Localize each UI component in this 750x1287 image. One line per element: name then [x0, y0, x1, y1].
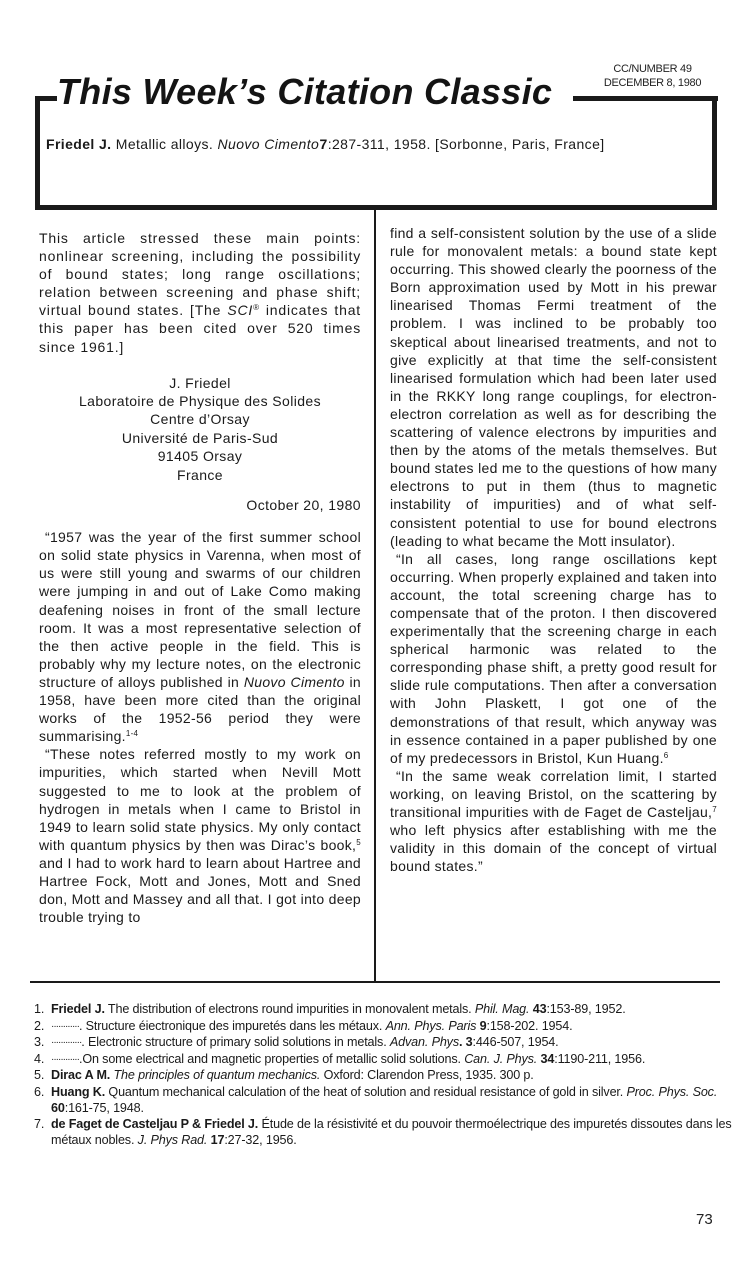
- ref-author: Huang K.: [51, 1085, 105, 1099]
- footnote-ref: 1-4: [126, 729, 138, 738]
- address-line: Laboratoire de Physique des Solides: [39, 392, 361, 410]
- paragraph: “These notes referred mostly to my work …: [39, 745, 361, 926]
- citation-volume: 7: [320, 136, 328, 152]
- ref-journal: J. Phys Rad.: [138, 1133, 208, 1147]
- issue-meta: CC/NUMBER 49 DECEMBER 8, 1980: [590, 62, 715, 90]
- reference-item: 6. Huang K. Quantum mechanical calculati…: [34, 1085, 734, 1116]
- ref-journal: Ann. Phys. Paris: [386, 1019, 477, 1033]
- frame-left-rule: [35, 96, 40, 210]
- address-line: 91405 Orsay: [39, 447, 361, 465]
- author-address: J. Friedel Laboratoire de Physique des S…: [39, 374, 361, 484]
- paragraph: “In the same weak correlation limit, I s…: [390, 767, 717, 876]
- references-list: 1. Friedel J. The distribution of electr…: [34, 1002, 734, 1149]
- paragraph: “In all cases, long range oscillations k…: [390, 550, 717, 767]
- ref-journal: Phil. Mag.: [475, 1002, 530, 1016]
- address-line: J. Friedel: [39, 374, 361, 392]
- ref-journal: Can. J. Phys.: [464, 1052, 537, 1066]
- citation-title: Metallic alloys.: [116, 136, 213, 152]
- page-number: 73: [696, 1211, 713, 1228]
- issue-number: CC/NUMBER 49: [590, 62, 715, 76]
- ref-book-title: The principles of quantum mechanics.: [110, 1068, 320, 1082]
- reference-item: 5. Dirac A M. The principles of quantum …: [34, 1068, 734, 1084]
- paragraph-continued: find a self-consistent solution by the u…: [390, 224, 717, 550]
- right-column: find a self-consistent solution by the u…: [390, 224, 717, 875]
- commentary-left: “1957 was the year of the first summer s…: [39, 528, 361, 926]
- journal-name: Nuovo Cimento: [244, 674, 345, 690]
- address-line: Université de Paris-Sud: [39, 429, 361, 447]
- ref-journal: Proc. Phys. Soc.: [626, 1085, 717, 1099]
- column-divider: [374, 210, 376, 982]
- frame-bottom-rule: [35, 205, 717, 210]
- ref-author: de Faget de Casteljau P & Friedel J.: [51, 1117, 258, 1131]
- footnote-ref: 5: [356, 838, 361, 847]
- citation-line: Friedel J. Metallic alloys. Nuovo Ciment…: [46, 135, 605, 153]
- ditto-dots: ·············: [51, 1037, 81, 1048]
- reference-item: 4. ············.On some electrical and m…: [34, 1052, 734, 1068]
- address-line: Centre d’Orsay: [39, 410, 361, 428]
- sci-label: SCI: [227, 302, 253, 318]
- reference-item: 3. ·············. Electronic structure o…: [34, 1035, 734, 1051]
- letter-date: October 20, 1980: [39, 496, 361, 514]
- masthead-title: This Week’s Citation Classic: [57, 70, 552, 114]
- references-separator: [30, 981, 720, 983]
- ditto-dots: ············: [51, 1021, 79, 1032]
- ref-author: Dirac A M.: [51, 1068, 110, 1082]
- address-line: France: [39, 466, 361, 484]
- frame-top-right-rule: [573, 96, 718, 101]
- reference-item: 7. de Faget de Casteljau P & Friedel J. …: [34, 1117, 734, 1148]
- registered-mark: ®: [253, 303, 260, 312]
- ditto-dots: ············: [51, 1054, 79, 1065]
- ref-journal: Advan. Phys: [390, 1035, 459, 1049]
- paragraph: “1957 was the year of the first summer s…: [39, 528, 361, 745]
- abstract: This article stressed these main points:…: [39, 229, 361, 356]
- footnote-ref: 7: [712, 805, 717, 814]
- left-column: This article stressed these main points:…: [39, 229, 361, 926]
- reference-item: 1. Friedel J. The distribution of electr…: [34, 1002, 734, 1018]
- citation-institution: [Sorbonne, Paris, France]: [435, 136, 605, 152]
- issue-date: DECEMBER 8, 1980: [590, 76, 715, 90]
- ref-author: Friedel J.: [51, 1002, 105, 1016]
- citation-author: Friedel J.: [46, 136, 111, 152]
- frame-right-rule: [712, 96, 717, 210]
- reference-item: 2. ············. Structure éiectronique …: [34, 1019, 734, 1035]
- footnote-ref: 6: [664, 751, 669, 760]
- citation-journal: Nuovo Cimento: [218, 136, 320, 152]
- citation-pages-year: :287-311, 1958.: [328, 136, 431, 152]
